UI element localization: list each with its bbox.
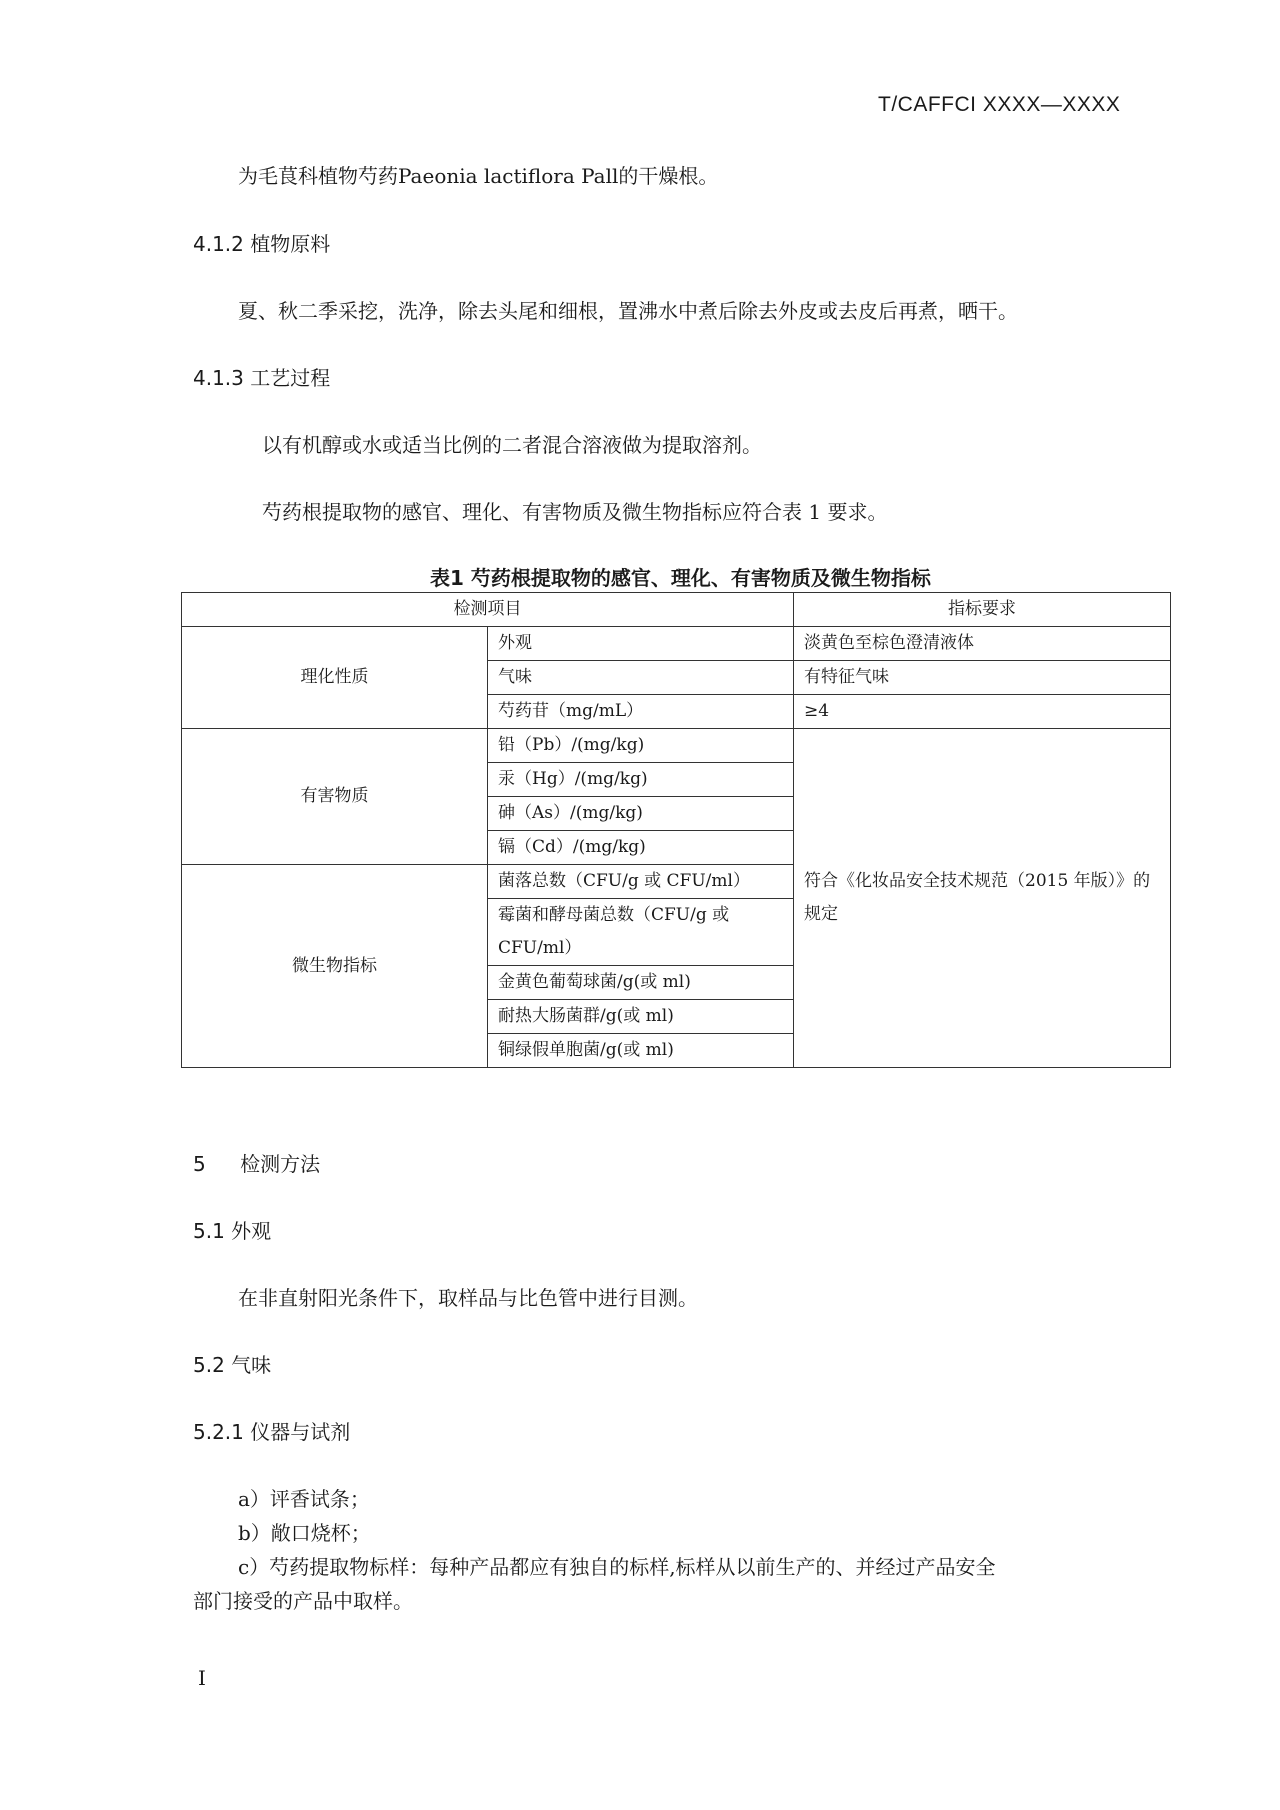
table-row: 有害物质 铅（Pb）/(mg/kg) 符合《化妆品安全技术规范（2015 年版）… xyxy=(182,729,1171,763)
requirement-cell: ≥4 xyxy=(794,695,1171,729)
header-item: 检测项目 xyxy=(182,593,794,627)
section-5-1-heading: 5.1 外观 xyxy=(193,1215,271,1244)
item-cell: 汞（Hg）/(mg/kg) xyxy=(488,763,794,797)
section-5-number: 5 xyxy=(193,1152,206,1176)
section-5-title: 检测方法 xyxy=(240,1152,320,1176)
merged-requirement-cell: 符合《化妆品安全技术规范（2015 年版）》的规定 xyxy=(794,729,1171,1068)
item-cell: 铜绿假单胞菌/g(或 ml) xyxy=(488,1034,794,1068)
list-item-c: c）芍药提取物标样：每种产品都应有独自的标样,标样从以前生产的、并经过产品安全 xyxy=(238,1551,996,1580)
list-item-c-continuation: 部门接受的产品中取样。 xyxy=(193,1585,413,1614)
group-microbial: 微生物指标 xyxy=(182,865,488,1068)
requirement-cell: 有特征气味 xyxy=(794,661,1171,695)
table-header-row: 检测项目 指标要求 xyxy=(182,593,1171,627)
item-cell: 菌落总数（CFU/g 或 CFU/ml） xyxy=(488,865,794,899)
section-4-1-2-heading: 4.1.2 植物原料 xyxy=(193,228,330,257)
process-text-2: 芍药根提取物的感官、理化、有害物质及微生物指标应符合表 1 要求。 xyxy=(262,496,887,525)
section-5-heading: 5 检测方法 xyxy=(193,1148,320,1177)
item-cell: 铅（Pb）/(mg/kg) xyxy=(488,729,794,763)
process-text-1: 以有机醇或水或适当比例的二者混合溶液做为提取溶剂。 xyxy=(262,429,762,458)
document-code: T/CAFFCI XXXX—XXXX xyxy=(878,93,1120,117)
table-row: 理化性质 外观 淡黄色至棕色澄清液体 xyxy=(182,627,1171,661)
header-requirement: 指标要求 xyxy=(794,593,1171,627)
item-cell: 砷（As）/(mg/kg) xyxy=(488,797,794,831)
item-cell: 霉菌和酵母菌总数（CFU/g 或 CFU/ml） xyxy=(488,899,794,966)
spec-table: 检测项目 指标要求 理化性质 外观 淡黄色至棕色澄清液体 气味 有特征气味 芍药… xyxy=(181,592,1171,1068)
group-physchem: 理化性质 xyxy=(182,627,488,729)
item-cell: 金黄色葡萄球菌/g(或 ml) xyxy=(488,966,794,1000)
list-item-b: b）敞口烧杯； xyxy=(238,1517,371,1546)
list-item-a: a）评香试条； xyxy=(238,1483,370,1512)
page-number: I xyxy=(198,1666,206,1690)
plant-source-text: 为毛茛科植物芍药Paeonia lactiflora Pall的干燥根。 xyxy=(238,160,718,189)
group-harmful: 有害物质 xyxy=(182,729,488,865)
item-cell: 镉（Cd）/(mg/kg) xyxy=(488,831,794,865)
section-5-2-heading: 5.2 气味 xyxy=(193,1349,271,1378)
section-5-2-1-heading: 5.2.1 仪器与试剂 xyxy=(193,1416,350,1445)
raw-material-text: 夏、秋二季采挖，洗净，除去头尾和细根，置沸水中煮后除去外皮或去皮后再煮，晒干。 xyxy=(238,295,1018,324)
appearance-method-text: 在非直射阳光条件下，取样品与比色管中进行目测。 xyxy=(238,1282,698,1311)
item-cell: 气味 xyxy=(488,661,794,695)
requirement-cell: 淡黄色至棕色澄清液体 xyxy=(794,627,1171,661)
item-cell: 耐热大肠菌群/g(或 ml) xyxy=(488,1000,794,1034)
section-4-1-3-heading: 4.1.3 工艺过程 xyxy=(193,362,330,391)
table-caption: 表1 芍药根提取物的感官、理化、有害物质及微生物指标 xyxy=(430,562,931,591)
item-cell: 芍药苷（mg/mL） xyxy=(488,695,794,729)
item-cell: 外观 xyxy=(488,627,794,661)
